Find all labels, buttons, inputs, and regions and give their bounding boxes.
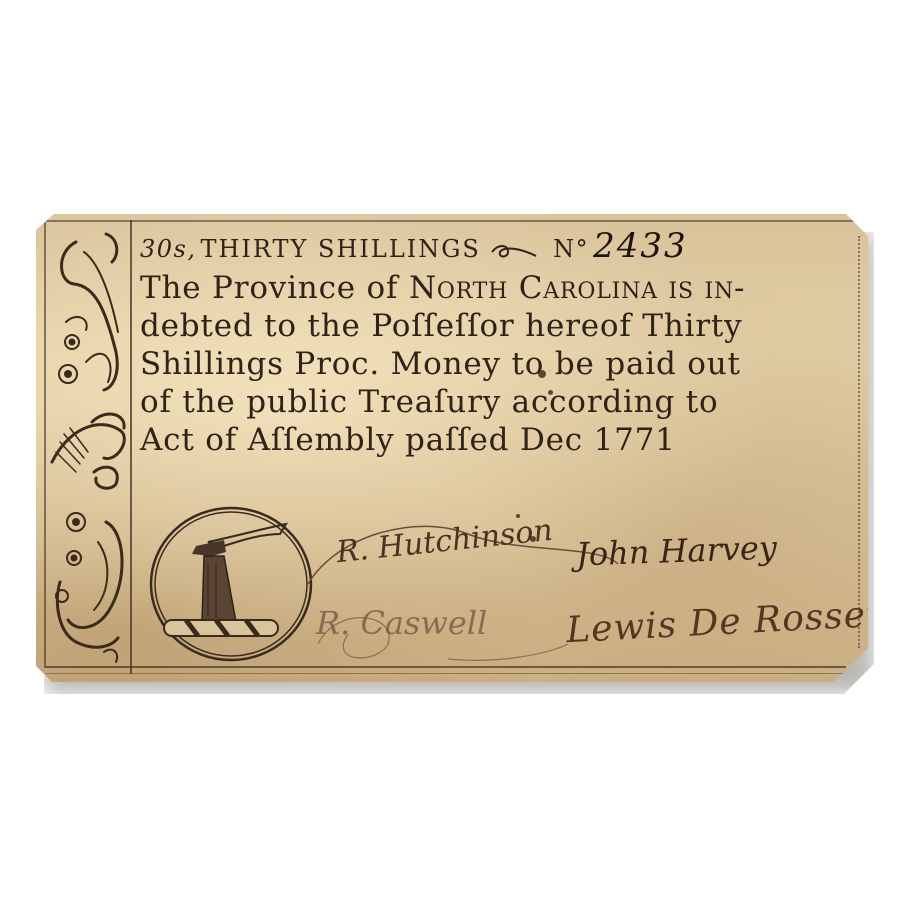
province-name: North Carolina bbox=[409, 270, 658, 306]
ink-stain bbox=[530, 536, 536, 542]
note-title: THIRTY SHILLINGS bbox=[200, 235, 480, 263]
frame-top-rule bbox=[46, 220, 856, 222]
province-suffix: is in- bbox=[658, 270, 746, 306]
ornament-divider bbox=[130, 220, 132, 674]
serial-number: 2433 bbox=[593, 226, 688, 266]
body-line-2: debted to the Poſſeſſor hereof Thirty bbox=[140, 307, 850, 345]
header-line: 30s,THIRTY SHILLINGS N°2433 bbox=[140, 226, 850, 269]
signature-3: R. Caswell bbox=[316, 604, 487, 642]
body-text-1: The Province of bbox=[140, 270, 398, 306]
body-line-1: The Province of North Carolina is in- bbox=[140, 269, 850, 307]
flourish-icon bbox=[490, 242, 538, 260]
note-text: 30s,THIRTY SHILLINGS N°2433 The Province… bbox=[140, 226, 850, 459]
hand-holding-sword-crest-icon bbox=[146, 504, 316, 664]
body-line-4: of the public Treaſury according to bbox=[140, 383, 850, 421]
ink-stain bbox=[548, 390, 553, 395]
signature-2: John Harvey bbox=[575, 529, 777, 574]
frame-right-rule bbox=[858, 236, 860, 648]
denomination-short: 30s, bbox=[140, 235, 196, 263]
scrollwork-ornament-icon bbox=[46, 222, 130, 668]
ink-stain bbox=[516, 514, 520, 518]
banknote: 30s,THIRTY SHILLINGS N°2433 The Province… bbox=[36, 214, 868, 682]
ink-stain bbox=[538, 370, 546, 378]
body-line-5: Act of Aſſembly paſſed Dec 1771 bbox=[140, 421, 850, 459]
body-line-3: Shillings Proc. Money to be paid out bbox=[140, 345, 850, 383]
serial-label: N° bbox=[553, 235, 589, 263]
